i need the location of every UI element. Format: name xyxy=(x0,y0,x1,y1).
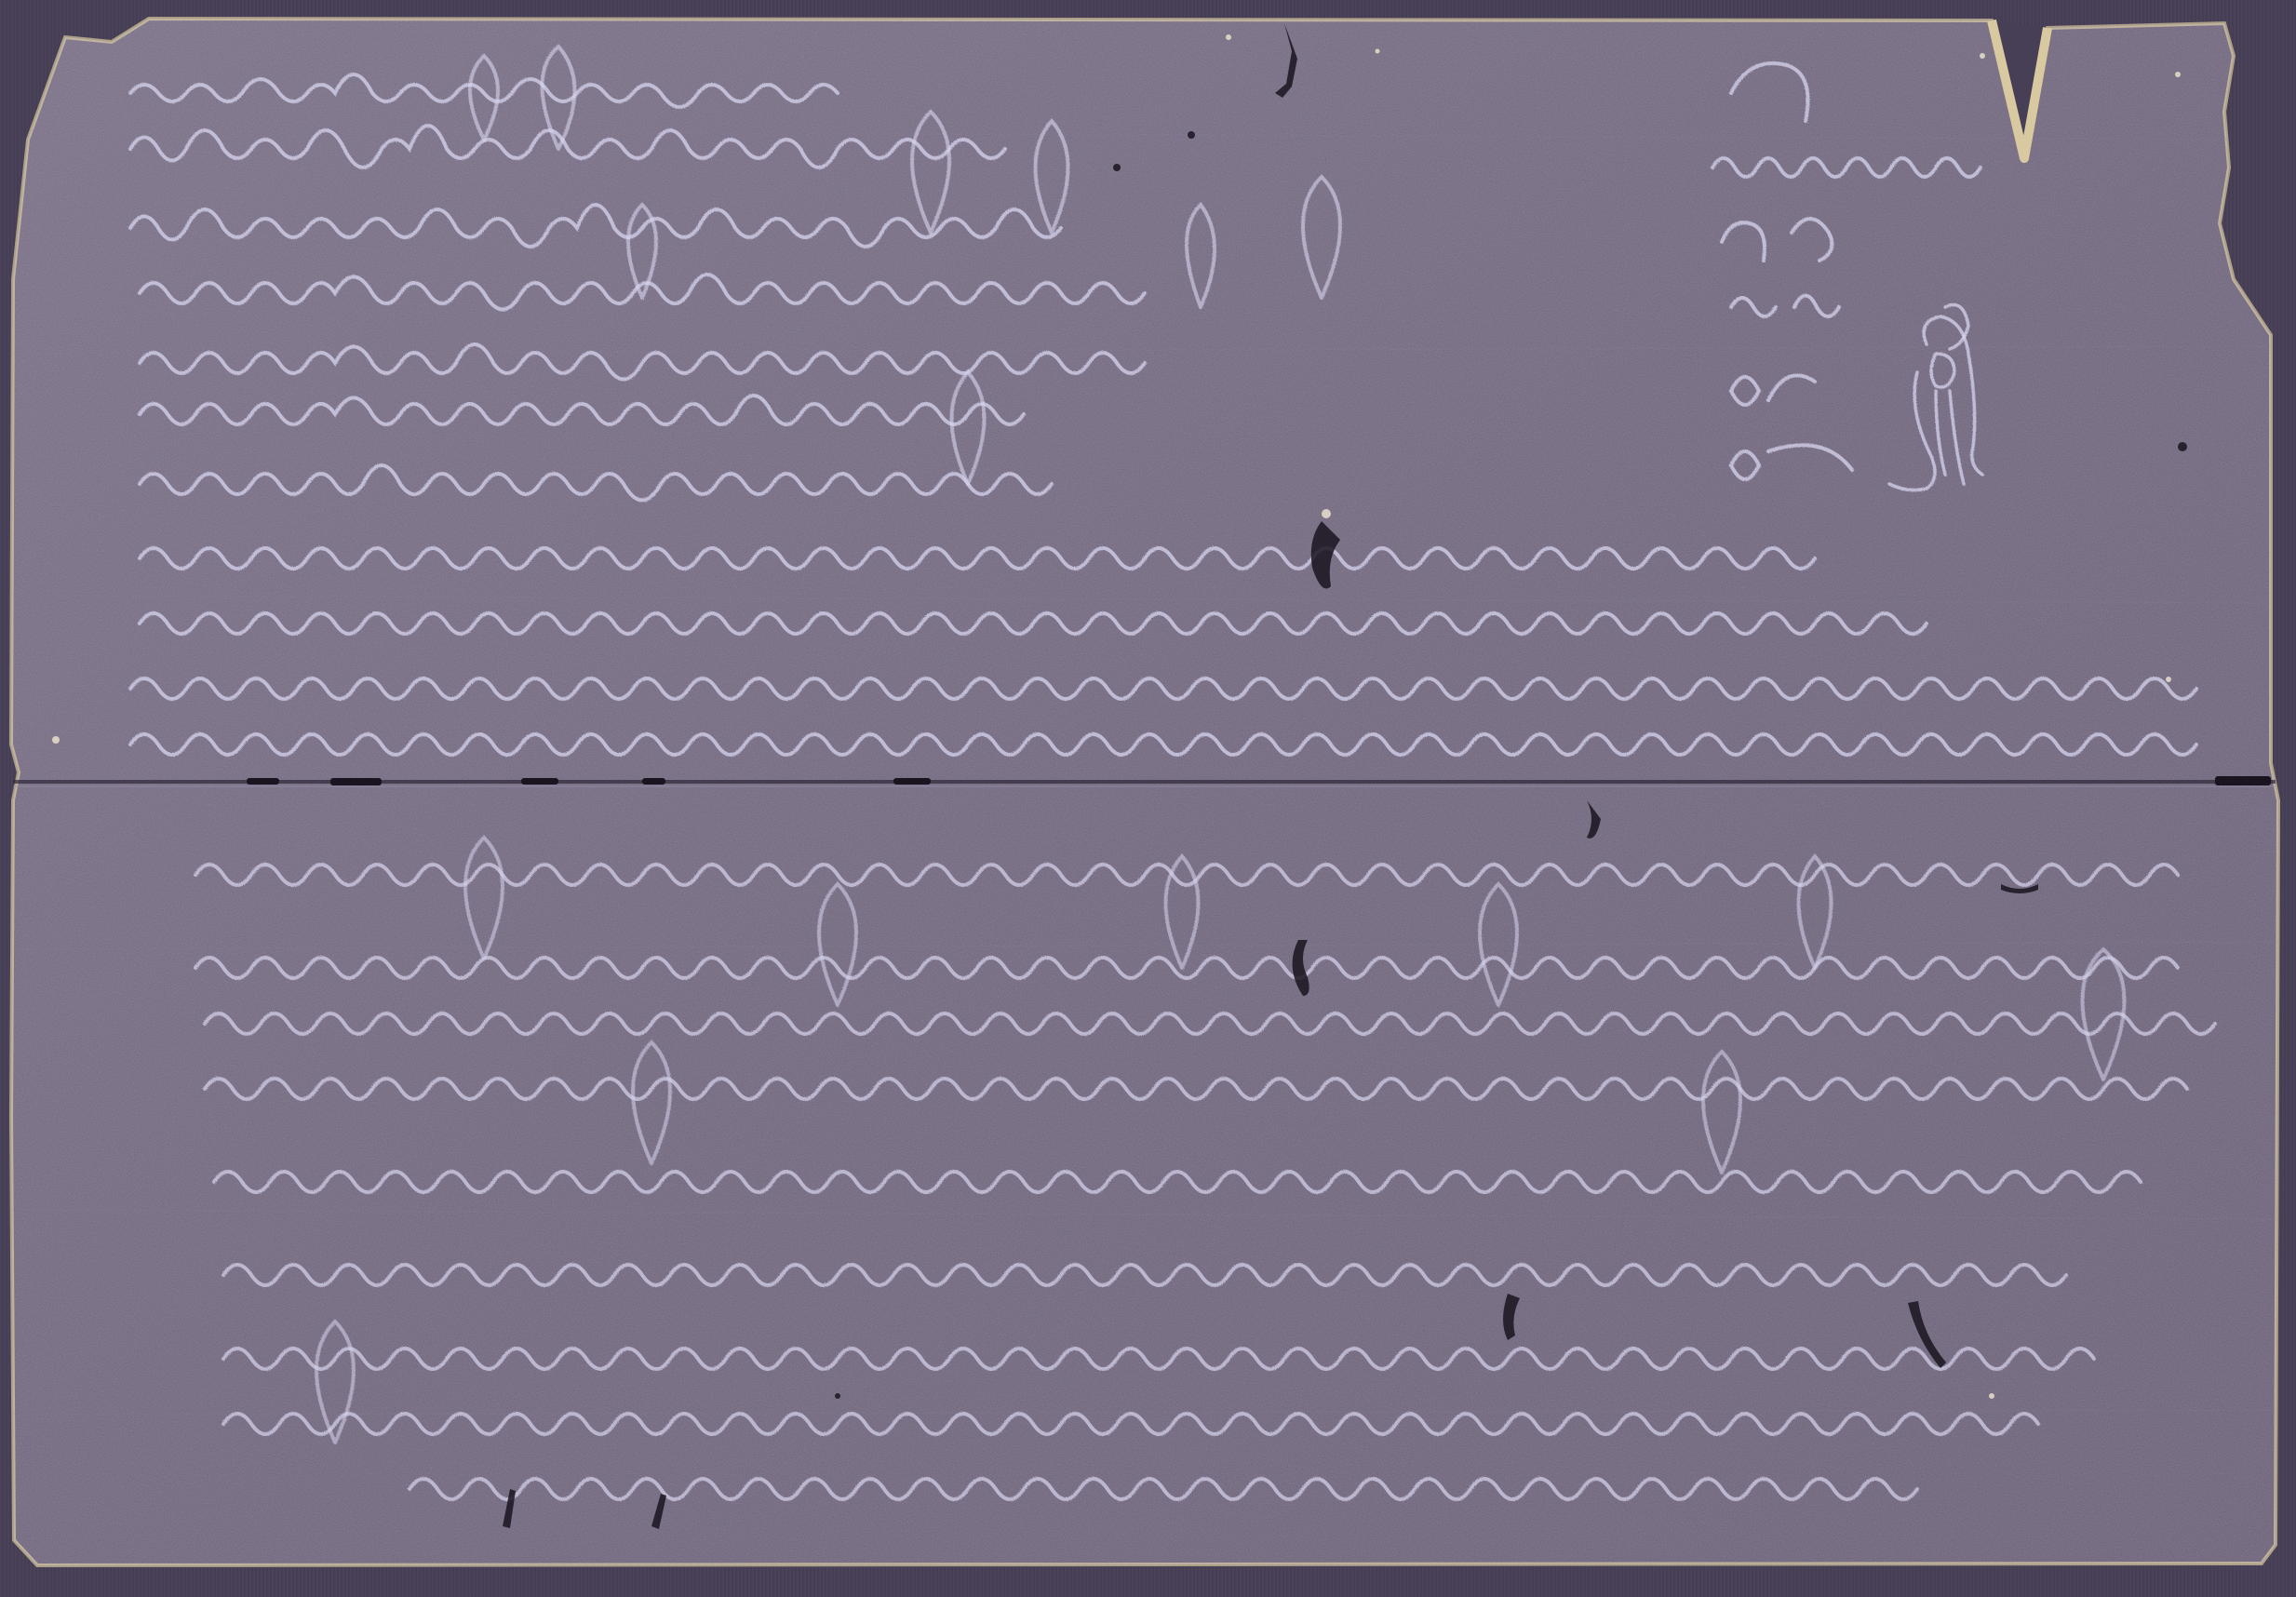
paper-sheet xyxy=(0,0,2296,1597)
manuscript-page xyxy=(0,0,2296,1597)
